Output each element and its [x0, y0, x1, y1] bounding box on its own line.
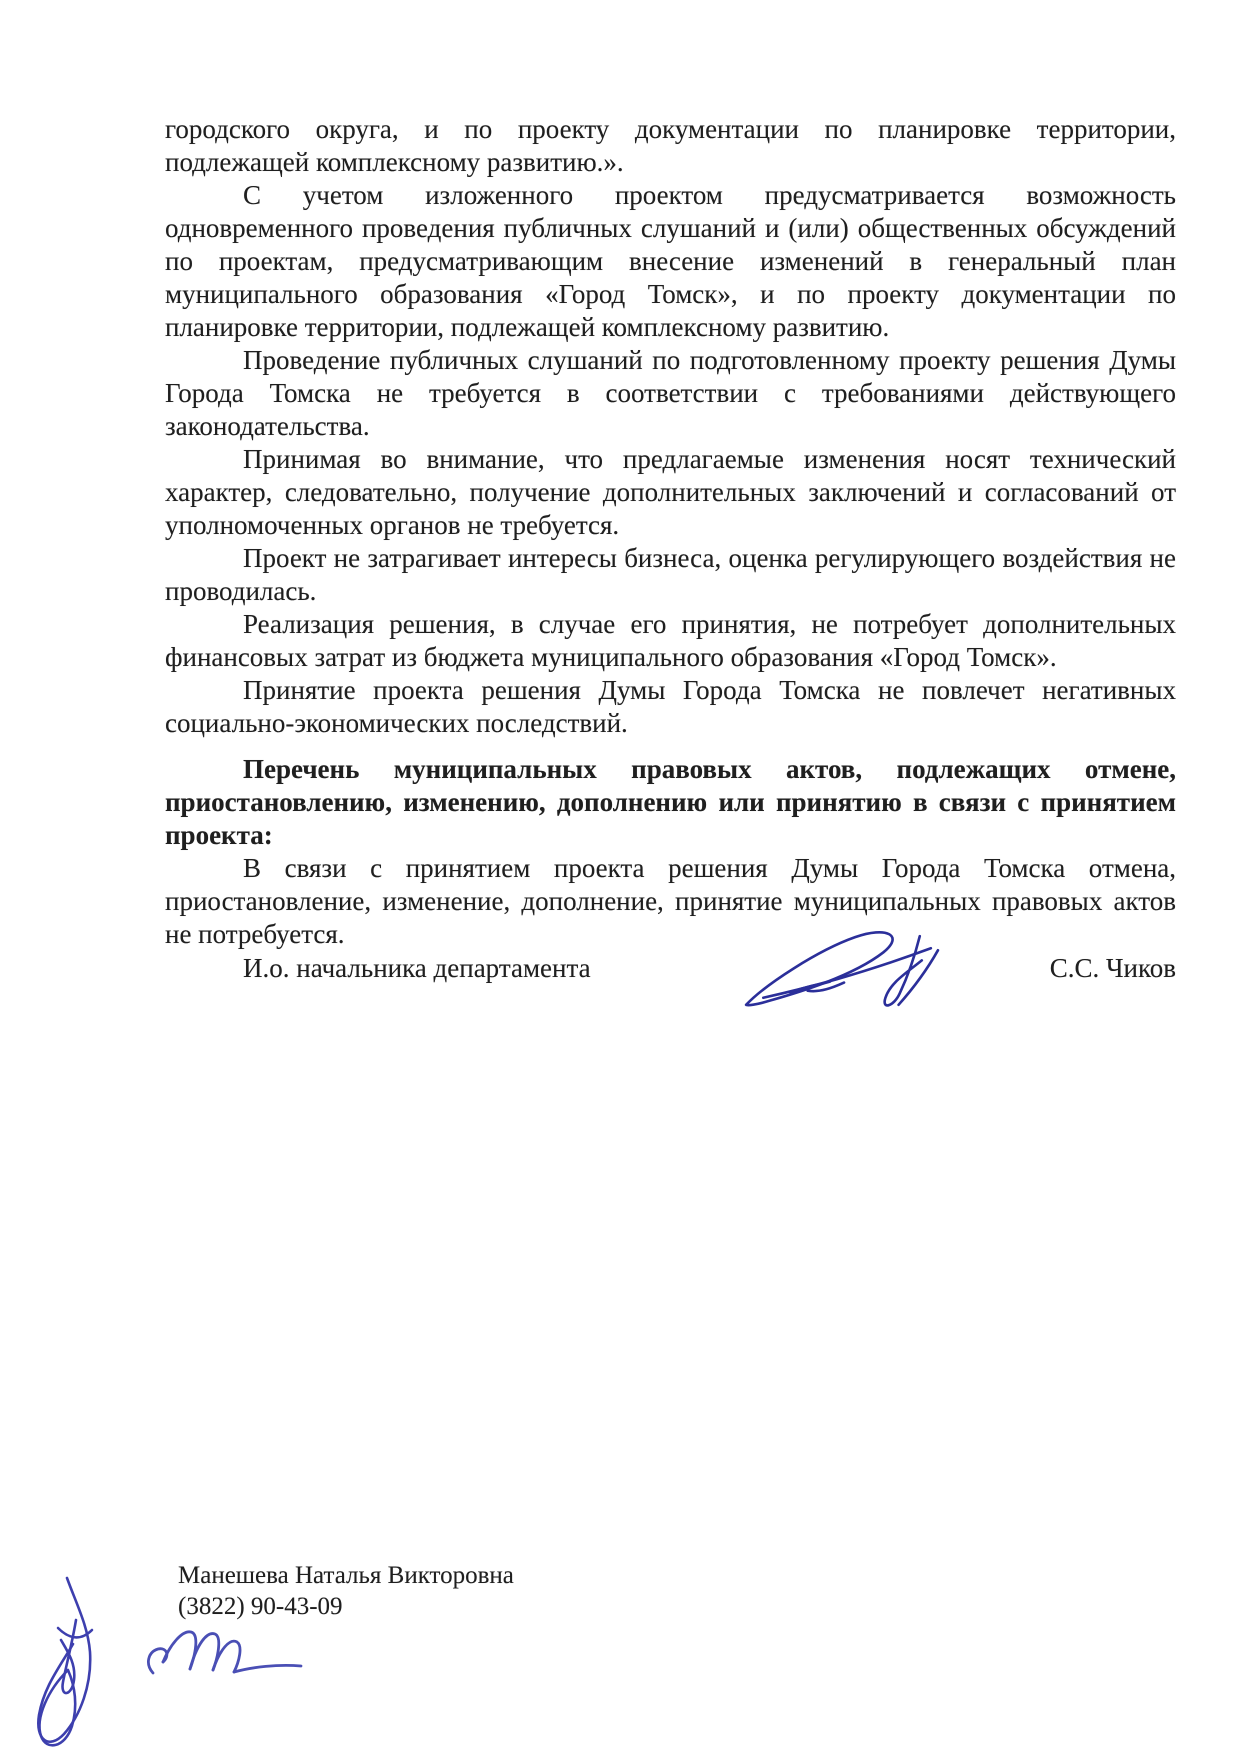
signer-position-label: И.о. начальника департамента	[243, 952, 591, 985]
document-body: городского округа, и по проекту документ…	[165, 113, 1176, 951]
paragraph: Принятие проекта решения Думы Города Том…	[165, 674, 1176, 740]
section-heading: Перечень муниципальных правовых актов, п…	[165, 753, 1176, 852]
document-page: городского округа, и по проекту документ…	[0, 0, 1240, 1753]
contact-phone: (3822) 90-43-09	[178, 1591, 514, 1622]
paragraph: Реализация решения, в случае его приняти…	[165, 608, 1176, 674]
paragraph: Проект не затрагивает интересы бизнеса, …	[165, 542, 1176, 608]
contact-name: Манешева Наталья Викторовна	[178, 1560, 514, 1591]
contact-footer: Манешева Наталья Викторовна (3822) 90-43…	[178, 1560, 514, 1622]
handwritten-initials-left-icon	[18, 1568, 113, 1753]
paragraph: Проведение публичных слушаний по подгото…	[165, 344, 1176, 443]
paragraph-continuation: городского округа, и по проекту документ…	[165, 113, 1176, 179]
signature-block: И.о. начальника департамента С.С. Чиков	[165, 952, 1176, 985]
paragraph: С учетом изложенного проектом предусматр…	[165, 179, 1176, 344]
signer-name: С.С. Чиков	[1050, 952, 1176, 985]
paragraph: В связи с принятием проекта решения Думы…	[165, 852, 1176, 951]
paragraph: Принимая во внимание, что предлагаемые и…	[165, 443, 1176, 542]
